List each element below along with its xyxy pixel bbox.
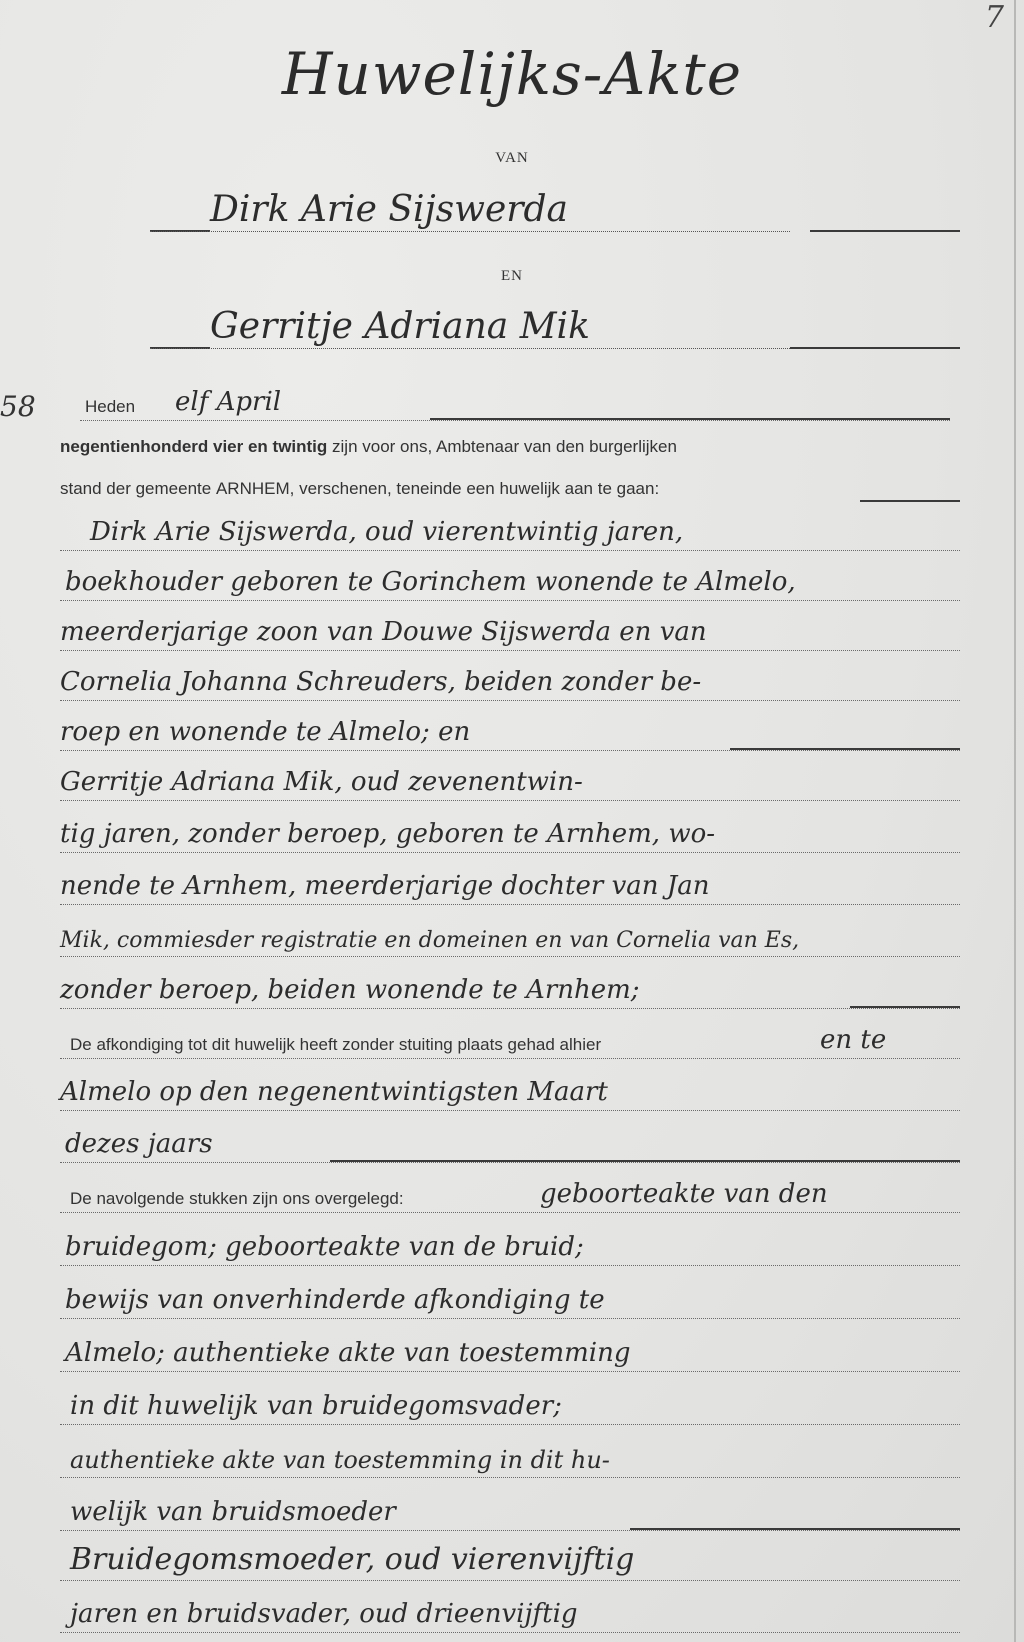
- bride-name: Gerritje Adriana Mik: [210, 306, 590, 347]
- parents-line-1: Bruidegomsmoeder, oud vierenvijftig: [60, 1540, 960, 1581]
- date-line: Heden elf April: [80, 380, 950, 421]
- margin-record-number: 58: [0, 390, 36, 423]
- stukken-line: De navolgende stukken zijn ons overgeleg…: [60, 1172, 960, 1213]
- stukken-line-3: bewijs van onverhinderde afkondiging te: [60, 1278, 960, 1319]
- groom-line-4: Cornelia Johanna Schreuders, beiden zond…: [60, 660, 960, 701]
- groom-line-3: meerderjarige zoon van Douwe Sijswerda e…: [60, 610, 960, 651]
- bride-line-4: Mik, commiesder registratie en domeinen …: [60, 916, 960, 957]
- stukken-line-4: Almelo; authentieke akte van toestemming: [60, 1331, 960, 1372]
- groom-line-5: roep en wonende te Almelo; en: [60, 710, 960, 751]
- groom-name: Dirk Arie Sijswerda: [210, 189, 568, 230]
- municipality: ARNHEM: [216, 479, 290, 498]
- date-handwritten: elf April: [175, 387, 281, 417]
- heden-label: Heden: [85, 397, 135, 417]
- groom-line-1: Dirk Arie Sijswerda, oud vierentwintig j…: [60, 510, 960, 551]
- bride-line-3: nende te Arnhem, meerderjarige dochter v…: [60, 864, 960, 905]
- parents-line-2: jaren en bruidsvader, oud drieenvijftig: [60, 1592, 960, 1633]
- document-title: Huwelijks-Akte: [0, 40, 1024, 108]
- year-printed: negentienhonderd vier en twintig: [60, 437, 327, 456]
- groom-name-line: Dirk Arie Sijswerda: [60, 180, 960, 240]
- en-label: EN: [0, 268, 1024, 285]
- page-number-mark: 7: [985, 0, 1004, 35]
- stukken-line-7: welijk van bruidsmoeder: [60, 1490, 960, 1531]
- afkondiging-line: De afkondiging tot dit huwelijk heeft zo…: [60, 1018, 960, 1059]
- bride-line-1: Gerritje Adriana Mik, oud zevenentwin-: [60, 760, 960, 801]
- afkondiging-line-3: dezes jaars: [60, 1122, 960, 1163]
- intro-text: zijn voor ons, Ambtenaar van den burgerl…: [332, 437, 677, 456]
- stukken-line-6: authentieke akte van toestemming in dit …: [60, 1437, 960, 1478]
- year-line: negentienhonderd vier en twintig zijn vo…: [60, 420, 960, 460]
- document-page: 7 Huwelijks-Akte VAN Dirk Arie Sijswerda…: [0, 0, 1024, 1642]
- stukken-line-2: bruidegom; geboorteakte van de bruid;: [60, 1225, 960, 1266]
- groom-line-2: boekhouder geboren te Gorinchem wonende …: [60, 560, 960, 601]
- municipality-line: stand der gemeente ARNHEM, verschenen, t…: [60, 462, 960, 502]
- van-label: VAN: [0, 150, 1024, 167]
- stukken-line-5: in dit huwelijk van bruidegomsvader;: [60, 1384, 960, 1425]
- bride-name-line: Gerritje Adriana Mik: [60, 297, 960, 357]
- page-edge: [1014, 0, 1016, 1642]
- afkondiging-line-2: Almelo op den negenentwintigsten Maart: [60, 1070, 960, 1111]
- bride-line-5: zonder beroep, beiden wonende te Arnhem;: [60, 968, 960, 1009]
- bride-line-2: tig jaren, zonder beroep, geboren te Arn…: [60, 812, 960, 853]
